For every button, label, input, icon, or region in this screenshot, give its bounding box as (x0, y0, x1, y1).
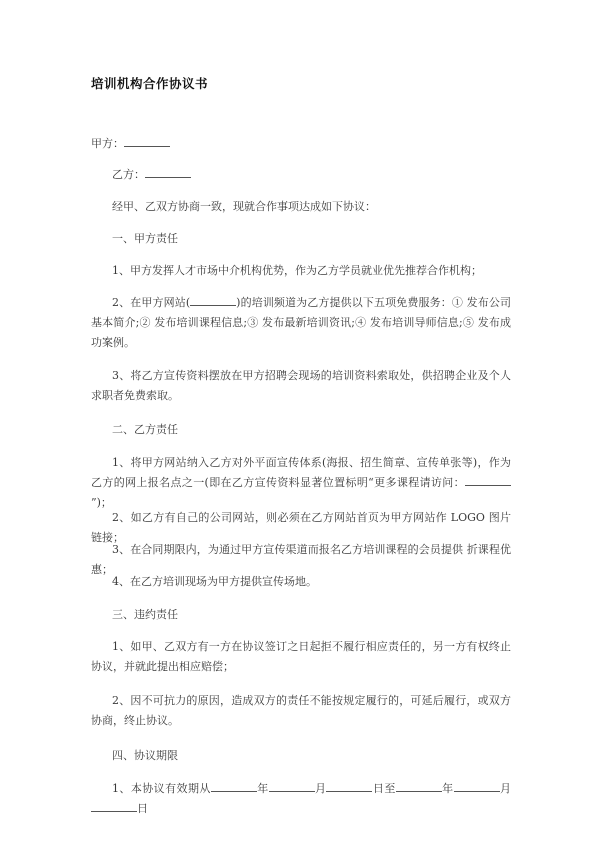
party-a-blank (124, 134, 170, 147)
document-page: 培训机构合作协议书 甲方： 乙方： 经甲、乙双方协商一致，现就合作事项达成如下协… (0, 0, 600, 850)
clause-term: 1、本协议有效期从年月日至年月 日 (91, 779, 511, 819)
clause: 1、如甲、乙双方有一方在协议签订之日起拒不履行相应责任的，另一方有权终止协议，并… (91, 637, 511, 677)
party-b-label: 乙方： (112, 168, 145, 181)
party-b-blank (145, 165, 191, 178)
party-b-line: 乙方： (112, 165, 532, 185)
website-blank (190, 293, 236, 306)
section-heading: 二、乙方责任 (112, 420, 532, 440)
document-title: 培训机构合作协议书 (91, 74, 208, 92)
url-blank (465, 473, 511, 486)
clause: 2、在甲方网站()的培训频道为乙方提供以下五项免费服务：① 发布公司基本简介;②… (91, 293, 511, 353)
clause: 2、因不可抗力的原因，造成双方的责任不能按规定履行的，可延后履行，或双方协商，终… (91, 691, 511, 731)
clause: 1、将甲方网站纳入乙方对外平面宣传体系(海报、招生简章、宣传单张等)，作为乙方的… (91, 453, 511, 513)
section-heading: 四、协议期限 (112, 746, 532, 766)
clause: 3、将乙方宣传资料摆放在甲方招聘会现场的培训资料索取处，供招聘企业及个人求职者免… (91, 366, 511, 406)
party-a-line: 甲方： (91, 134, 511, 154)
section-heading: 一、甲方责任 (112, 229, 532, 249)
party-a-label: 甲方： (91, 137, 124, 150)
clause: 1、甲方发挥人才市场中介机构优势，作为乙方学员就业优先推荐合作机构； (91, 261, 511, 281)
intro-text: 经甲、乙双方协商一致，现就合作事项达成如下协议： (112, 197, 532, 217)
section-heading: 三、违约责任 (112, 605, 532, 625)
clause: 4、在乙方培训现场为甲方提供宣传场地。 (91, 572, 511, 592)
